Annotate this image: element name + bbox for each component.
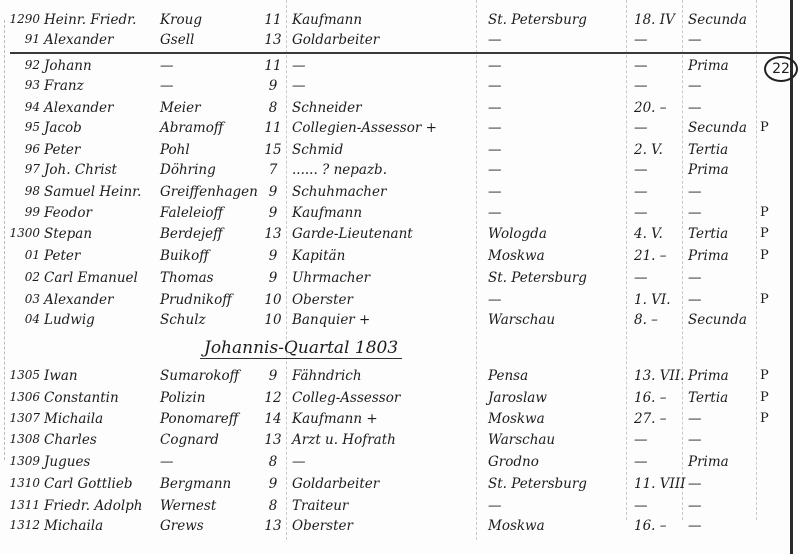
cell-age: 8 (262, 454, 284, 470)
cell-age: 8 (262, 498, 284, 514)
cell-first: Constantin (44, 390, 119, 406)
cell-class: Tertia (688, 390, 728, 406)
register-row: 1308CharlesCognard13Arzt u. HofrathWarsc… (0, 432, 800, 452)
cell-class: Prima (688, 454, 729, 470)
cell-num: 01 (4, 248, 40, 262)
register-row: 04LudwigSchulz10Banquier +Warschau8. –Se… (0, 312, 800, 332)
cell-first: Michaila (44, 411, 103, 427)
cell-occupation: Schuhmacher (292, 184, 386, 200)
cell-last: Gsell (160, 32, 194, 48)
cell-age: 9 (262, 78, 284, 94)
cell-age: 11 (262, 12, 284, 28)
cell-occupation: Schmid (292, 142, 343, 158)
cell-date: — (634, 120, 648, 136)
cell-class: Prima (688, 368, 729, 384)
cell-num: 97 (4, 162, 40, 176)
cell-first: Peter (44, 248, 80, 264)
register-row: 1310Carl GottliebBergmann9GoldarbeiterSt… (0, 476, 800, 496)
cell-age: 13 (262, 432, 284, 448)
cell-place: Moskwa (488, 248, 545, 264)
cell-last: Greiffenhagen (160, 184, 258, 200)
cell-place: — (488, 292, 502, 308)
cell-first: Feodor (44, 205, 92, 221)
cell-occupation: Uhrmacher (292, 270, 370, 286)
cell-occupation: Banquier + (292, 312, 370, 328)
cell-date: — (634, 270, 648, 286)
cell-age: 9 (262, 270, 284, 286)
register-row: 96PeterPohl15Schmid—2. V.Tertia (0, 142, 800, 162)
cell-date: — (634, 162, 648, 178)
cell-date: — (634, 454, 648, 470)
cell-occupation: Goldarbeiter (292, 32, 379, 48)
cell-occupation: ...... ? nepazb. (292, 162, 387, 178)
cell-age: 9 (262, 476, 284, 492)
cell-num: 1290 (4, 12, 40, 26)
cell-occupation: Kaufmann (292, 205, 362, 221)
cell-last: — (160, 454, 174, 470)
cell-first: Carl Emanuel (44, 270, 138, 286)
register-row: 1312MichailaGrews13ObersterMoskwa16. –— (0, 518, 800, 538)
register-row: 93Franz—9———— (0, 78, 800, 98)
cell-mark: P (760, 248, 769, 263)
cell-place: Pensa (488, 368, 528, 384)
cell-first: Peter (44, 142, 80, 158)
cell-last: Cognard (160, 432, 219, 448)
register-row: 01PeterBuikoff9KapitänMoskwa21. –PrimaP (0, 248, 800, 268)
register-row: 98Samuel Heinr.Greiffenhagen9Schuhmacher… (0, 184, 800, 204)
cell-first: Alexander (44, 100, 114, 116)
cell-num: 91 (4, 32, 40, 46)
cell-date: — (634, 78, 648, 94)
cell-last: — (160, 58, 174, 74)
cell-occupation: Kapitän (292, 248, 345, 264)
cell-occupation: — (292, 78, 306, 94)
cell-place: — (488, 58, 502, 74)
cell-class: — (688, 518, 702, 534)
cell-date: — (634, 58, 648, 74)
cell-last: Buikoff (160, 248, 209, 264)
cell-class: Tertia (688, 226, 728, 242)
cell-occupation: Collegien-Assessor + (292, 120, 437, 136)
cell-occupation: Goldarbeiter (292, 476, 379, 492)
section-divider-rule (10, 52, 790, 54)
cell-age: 8 (262, 100, 284, 116)
register-row: 92Johann—11———Prima (0, 58, 800, 78)
cell-date: 2. V. (634, 142, 663, 158)
register-row: 03AlexanderPrudnikoff10Oberster—1. VI.—P (0, 292, 800, 312)
cell-first: Alexander (44, 292, 114, 308)
cell-first: Heinr. Friedr. (44, 12, 136, 28)
cell-place: Warschau (488, 432, 555, 448)
cell-num: 93 (4, 78, 40, 92)
cell-first: Franz (44, 78, 84, 94)
cell-age: 9 (262, 368, 284, 384)
cell-class: — (688, 184, 702, 200)
register-row: 1300StepanBerdejeff13Garde-LieutenantWol… (0, 226, 800, 246)
cell-occupation: Traiteur (292, 498, 348, 514)
cell-place: — (488, 498, 502, 514)
cell-place: Moskwa (488, 411, 545, 427)
cell-class: — (688, 432, 702, 448)
cell-first: Jugues (44, 454, 90, 470)
cell-age: 11 (262, 58, 284, 74)
cell-num: 1300 (4, 226, 40, 240)
cell-mark: P (760, 292, 769, 307)
register-row: 1311Friedr. AdolphWernest8Traiteur——— (0, 498, 800, 518)
register-row: 91AlexanderGsell13Goldarbeiter——— (0, 32, 800, 52)
cell-date: 8. – (634, 312, 658, 328)
cell-num: 95 (4, 120, 40, 134)
cell-class: — (688, 32, 702, 48)
cell-date: 27. – (634, 411, 667, 427)
cell-num: 1308 (4, 432, 40, 446)
cell-date: — (634, 184, 648, 200)
cell-class: — (688, 100, 702, 116)
cell-num: 1312 (4, 518, 40, 532)
cell-num: 1309 (4, 454, 40, 468)
cell-class: — (688, 411, 702, 427)
cell-num: 1307 (4, 411, 40, 425)
cell-occupation: Oberster (292, 518, 353, 534)
cell-last: Ponomareff (160, 411, 238, 427)
cell-num: 92 (4, 58, 40, 72)
register-row: 1305IwanSumarokoff9FähndrichPensa13. VII… (0, 368, 800, 388)
cell-num: 98 (4, 184, 40, 198)
cell-occupation: Garde-Lieutenant (292, 226, 413, 242)
cell-first: Iwan (44, 368, 78, 384)
cell-age: 12 (262, 390, 284, 406)
cell-occupation: Kaufmann + (292, 411, 378, 427)
cell-num: 1310 (4, 476, 40, 490)
cell-place: St. Petersburg (488, 270, 587, 286)
cell-date: 11. VIII (634, 476, 686, 492)
cell-mark: P (760, 226, 769, 241)
cell-first: Carl Gottlieb (44, 476, 132, 492)
cell-num: 04 (4, 312, 40, 326)
cell-first: Joh. Christ (44, 162, 117, 178)
cell-class: Prima (688, 58, 729, 74)
cell-place: — (488, 162, 502, 178)
cell-place: — (488, 142, 502, 158)
cell-age: 10 (262, 312, 284, 328)
cell-num: 03 (4, 292, 40, 306)
cell-date: 20. – (634, 100, 667, 116)
cell-last: Wernest (160, 498, 216, 514)
cell-first: Ludwig (44, 312, 95, 328)
cell-occupation: Oberster (292, 292, 353, 308)
cell-class: — (688, 476, 702, 492)
cell-last: Berdejeff (160, 226, 223, 242)
cell-class: — (688, 205, 702, 221)
cell-num: 96 (4, 142, 40, 156)
cell-place: St. Petersburg (488, 12, 587, 28)
register-row: 02Carl EmanuelThomas9UhrmacherSt. Peters… (0, 270, 800, 290)
register-row: 1306ConstantinPolizin12Colleg-AssessorJa… (0, 390, 800, 410)
cell-last: Schulz (160, 312, 206, 328)
cell-age: 9 (262, 248, 284, 264)
register-row: 99FeodorFaleleioff9Kaufmann———P (0, 205, 800, 225)
cell-place: Warschau (488, 312, 555, 328)
cell-place: — (488, 184, 502, 200)
cell-occupation: Arzt u. Hofrath (292, 432, 396, 448)
cell-date: — (634, 432, 648, 448)
cell-class: Secunda (688, 12, 747, 28)
cell-num: 94 (4, 100, 40, 114)
cell-mark: P (760, 120, 769, 135)
cell-occupation: Colleg-Assessor (292, 390, 400, 406)
cell-num: 02 (4, 270, 40, 284)
cell-occupation: — (292, 454, 306, 470)
cell-occupation: Fähndrich (292, 368, 362, 384)
cell-age: 15 (262, 142, 284, 158)
cell-class: — (688, 292, 702, 308)
cell-last: — (160, 78, 174, 94)
cell-date: 1. VI. (634, 292, 671, 308)
cell-age: 9 (262, 205, 284, 221)
cell-num: 1306 (4, 390, 40, 404)
cell-last: Abramoff (160, 120, 223, 136)
cell-class: Prima (688, 162, 729, 178)
cell-date: 18. IV (634, 12, 675, 28)
cell-date: — (634, 32, 648, 48)
cell-class: Prima (688, 248, 729, 264)
cell-place: — (488, 100, 502, 116)
cell-num: 99 (4, 205, 40, 219)
cell-last: Faleleioff (160, 205, 223, 221)
cell-date: 4. V. (634, 226, 663, 242)
cell-mark: P (760, 411, 769, 426)
cell-age: 10 (262, 292, 284, 308)
cell-first: Johann (44, 58, 92, 74)
cell-age: 13 (262, 226, 284, 242)
cell-last: Thomas (160, 270, 214, 286)
cell-place: Moskwa (488, 518, 545, 534)
cell-occupation: Kaufmann (292, 12, 362, 28)
cell-num: 1311 (4, 498, 40, 512)
cell-date: — (634, 498, 648, 514)
cell-date: 16. – (634, 390, 667, 406)
cell-class: Tertia (688, 142, 728, 158)
cell-first: Stepan (44, 226, 92, 242)
cell-place: St. Petersburg (488, 476, 587, 492)
cell-first: Friedr. Adolph (44, 498, 143, 514)
cell-age: 13 (262, 518, 284, 534)
cell-date: 16. – (634, 518, 667, 534)
cell-age: 9 (262, 184, 284, 200)
register-row: 1290Heinr. Friedr.Kroug11KaufmannSt. Pet… (0, 12, 800, 32)
cell-last: Grews (160, 518, 204, 534)
cell-last: Pohl (160, 142, 190, 158)
cell-date: — (634, 205, 648, 221)
register-page: 22 Johannis-Quartal 1803 1290Heinr. Frie… (0, 0, 800, 554)
cell-place: Grodno (488, 454, 539, 470)
cell-last: Bergmann (160, 476, 231, 492)
cell-mark: P (760, 205, 769, 220)
cell-last: Kroug (160, 12, 202, 28)
cell-class: — (688, 498, 702, 514)
cell-class: Secunda (688, 120, 747, 136)
cell-place: — (488, 205, 502, 221)
cell-class: — (688, 78, 702, 94)
cell-first: Charles (44, 432, 97, 448)
cell-last: Prudnikoff (160, 292, 232, 308)
cell-place: — (488, 32, 502, 48)
cell-last: Sumarokoff (160, 368, 239, 384)
register-row: 1307MichailaPonomareff14Kaufmann +Moskwa… (0, 411, 800, 431)
cell-place: — (488, 120, 502, 136)
cell-place: Wologda (488, 226, 547, 242)
cell-last: Meier (160, 100, 201, 116)
cell-date: 13. VII. (634, 368, 684, 384)
cell-occupation: — (292, 58, 306, 74)
cell-last: Polizin (160, 390, 205, 406)
cell-age: 7 (262, 162, 284, 178)
cell-date: 21. – (634, 248, 667, 264)
section-heading: Johannis-Quartal 1803 (200, 338, 402, 359)
register-row: 95JacobAbramoff11Collegien-Assessor +——S… (0, 120, 800, 140)
cell-age: 13 (262, 32, 284, 48)
cell-place: — (488, 78, 502, 94)
cell-occupation: Schneider (292, 100, 362, 116)
cell-first: Jacob (44, 120, 82, 136)
cell-place: Jaroslaw (488, 390, 547, 406)
register-row: 1309Jugues—8—Grodno—Prima (0, 454, 800, 474)
cell-first: Michaila (44, 518, 103, 534)
cell-class: — (688, 270, 702, 286)
cell-num: 1305 (4, 368, 40, 382)
register-row: 97Joh. ChristDöhring7...... ? nepazb.——P… (0, 162, 800, 182)
cell-last: Döhring (160, 162, 216, 178)
cell-age: 14 (262, 411, 284, 427)
cell-mark: P (760, 368, 769, 383)
cell-mark: P (760, 390, 769, 405)
cell-first: Samuel Heinr. (44, 184, 141, 200)
cell-first: Alexander (44, 32, 114, 48)
register-row: 94AlexanderMeier8Schneider—20. –— (0, 100, 800, 120)
cell-class: Secunda (688, 312, 747, 328)
cell-age: 11 (262, 120, 284, 136)
